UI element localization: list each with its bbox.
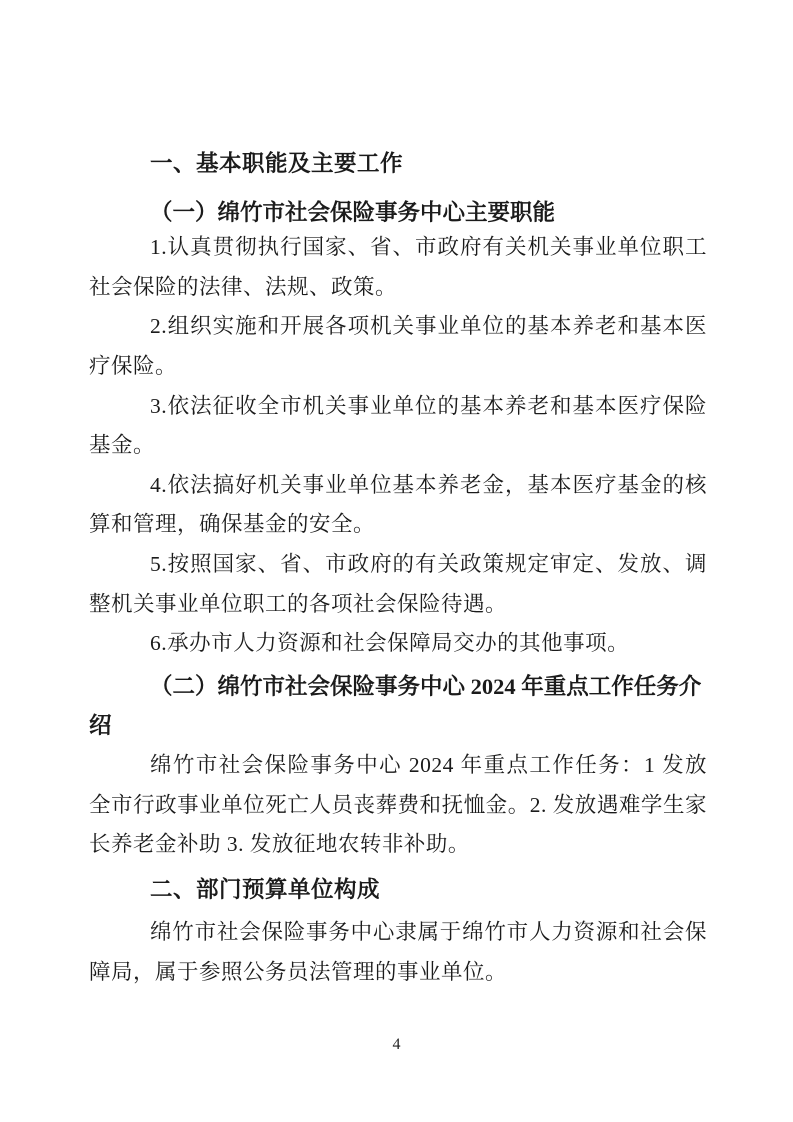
subsection-heading-2024-key-tasks: （二）绵竹市社会保险事务中心 2024 年重点工作任务介绍 bbox=[89, 667, 707, 746]
document-page: 一、基本职能及主要工作 （一）绵竹市社会保险事务中心主要职能 1.认真贯彻执行国… bbox=[0, 0, 793, 1122]
subsection-heading-main-functions: （一）绵竹市社会保险事务中心主要职能 bbox=[89, 193, 707, 233]
section-heading-budget-unit-composition: 二、部门预算单位构成 bbox=[89, 870, 707, 910]
paragraph-function-5: 5.按照国家、省、市政府的有关政策规定审定、发放、调整机关事业单位职工的各项社会… bbox=[89, 545, 707, 624]
paragraph-budget-unit-composition: 绵竹市社会保险事务中心隶属于绵竹市人力资源和社会保障局，属于参照公务员法管理的事… bbox=[89, 913, 707, 992]
paragraph-function-4: 4.依法搞好机关事业单位基本养老金，基本医疗基金的核算和管理，确保基金的安全。 bbox=[89, 466, 707, 545]
page-number: 4 bbox=[0, 1036, 793, 1054]
document-content: 一、基本职能及主要工作 （一）绵竹市社会保险事务中心主要职能 1.认真贯彻执行国… bbox=[89, 0, 707, 992]
paragraph-function-2: 2.组织实施和开展各项机关事业单位的基本养老和基本医疗保险。 bbox=[89, 307, 707, 386]
paragraph-function-1: 1.认真贯彻执行国家、省、市政府有关机关事业单位职工社会保险的法律、法规、政策。 bbox=[89, 228, 707, 307]
section-heading-basic-functions: 一、基本职能及主要工作 bbox=[89, 144, 707, 184]
paragraph-function-3: 3.依法征收全市机关事业单位的基本养老和基本医疗保险基金。 bbox=[89, 387, 707, 466]
paragraph-2024-key-tasks: 绵竹市社会保险事务中心 2024 年重点工作任务：1 发放全市行政事业单位死亡人… bbox=[89, 746, 707, 865]
paragraph-function-6: 6.承办市人力资源和社会保障局交办的其他事项。 bbox=[89, 624, 707, 664]
